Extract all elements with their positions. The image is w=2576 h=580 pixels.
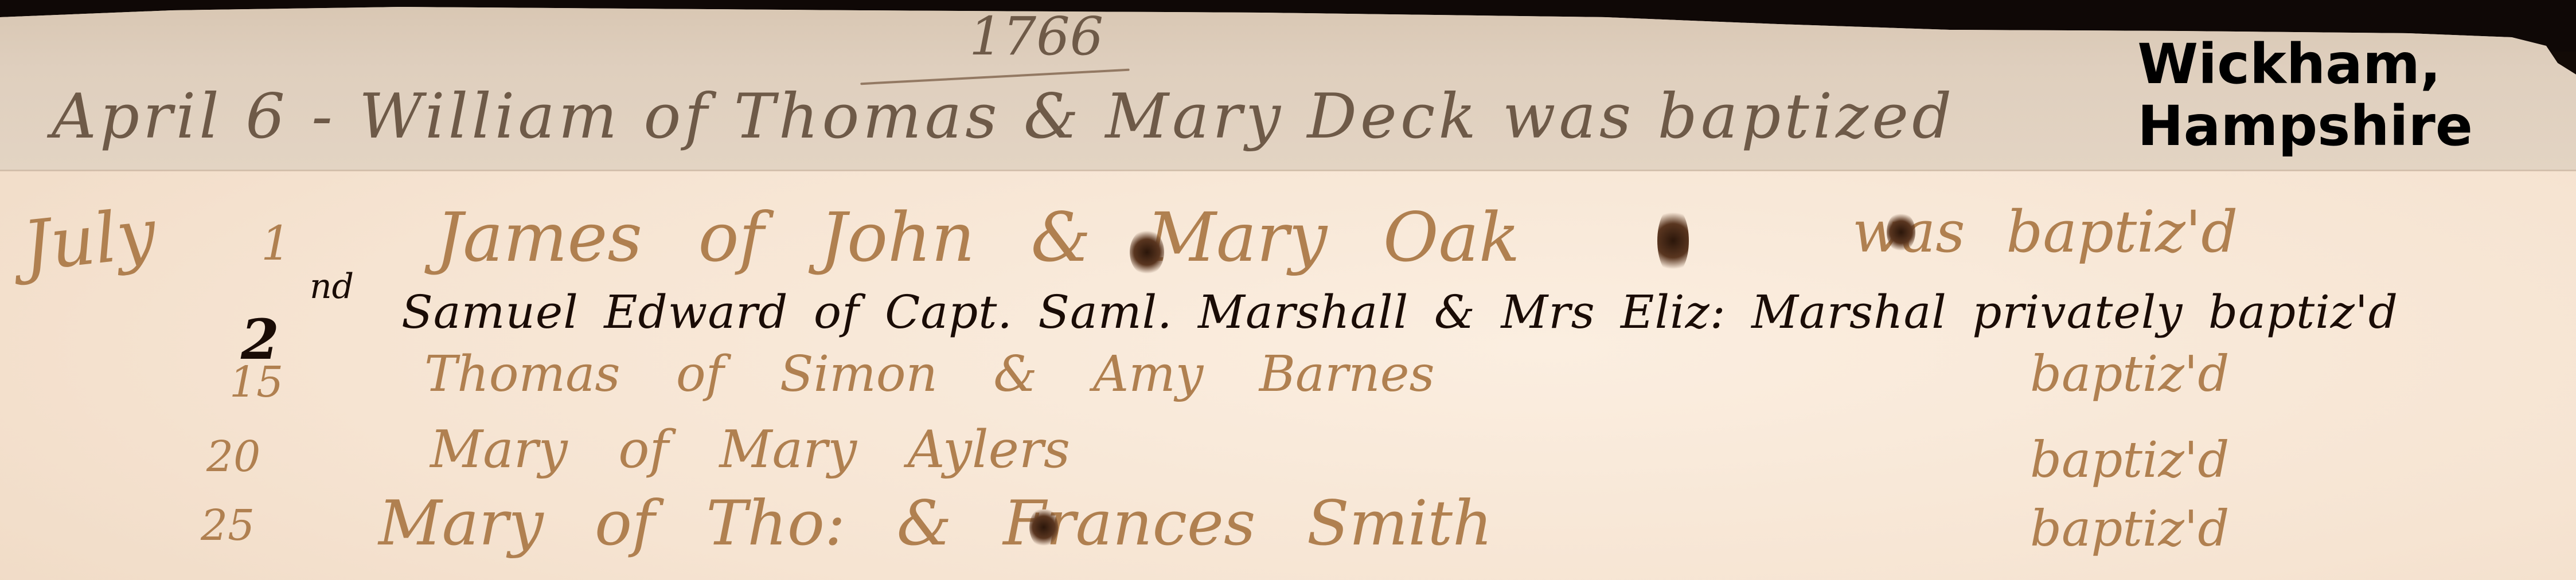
day-number: 20 (206, 436, 260, 478)
entry-text: Mary of Tho: & Frances Smith (378, 493, 1493, 555)
ink-blot (1887, 212, 1915, 252)
day-suffix: nd (310, 269, 354, 304)
ink-blot (1029, 507, 1058, 547)
day-number: 25 (201, 504, 255, 547)
entry-note: baptiz'd (2030, 504, 2229, 554)
register-page-image: 1766 April 6 - William of Thomas & Mary … (0, 0, 2576, 580)
location-label-county: Hampshire (2137, 95, 2473, 157)
month-label: July (19, 199, 159, 282)
entry-april-6: April 6 - William of Thomas & Mary Deck … (52, 86, 1955, 148)
entry-note: baptiz'd (2030, 436, 2229, 485)
entry-note: baptiz'd (2030, 350, 2229, 399)
entry-text: Samuel Edward of Capt. Saml. Marshall & … (401, 289, 2398, 335)
entry-text: Thomas of Simon & Amy Barnes (424, 350, 1435, 399)
location-label-town: Wickham, (2137, 33, 2473, 95)
day-number: 1 (261, 221, 291, 268)
entry-text: James of John & Mary Oak (436, 203, 1520, 271)
location-label: Wickham, Hampshire (2137, 33, 2473, 157)
entry-text: Mary of Mary Aylers (430, 424, 1070, 476)
ink-blot (1657, 206, 1689, 275)
ink-blot (1130, 229, 1164, 275)
band-divider (0, 170, 2576, 171)
register-year: 1766 (969, 10, 1103, 63)
day-number: 15 (229, 361, 283, 403)
